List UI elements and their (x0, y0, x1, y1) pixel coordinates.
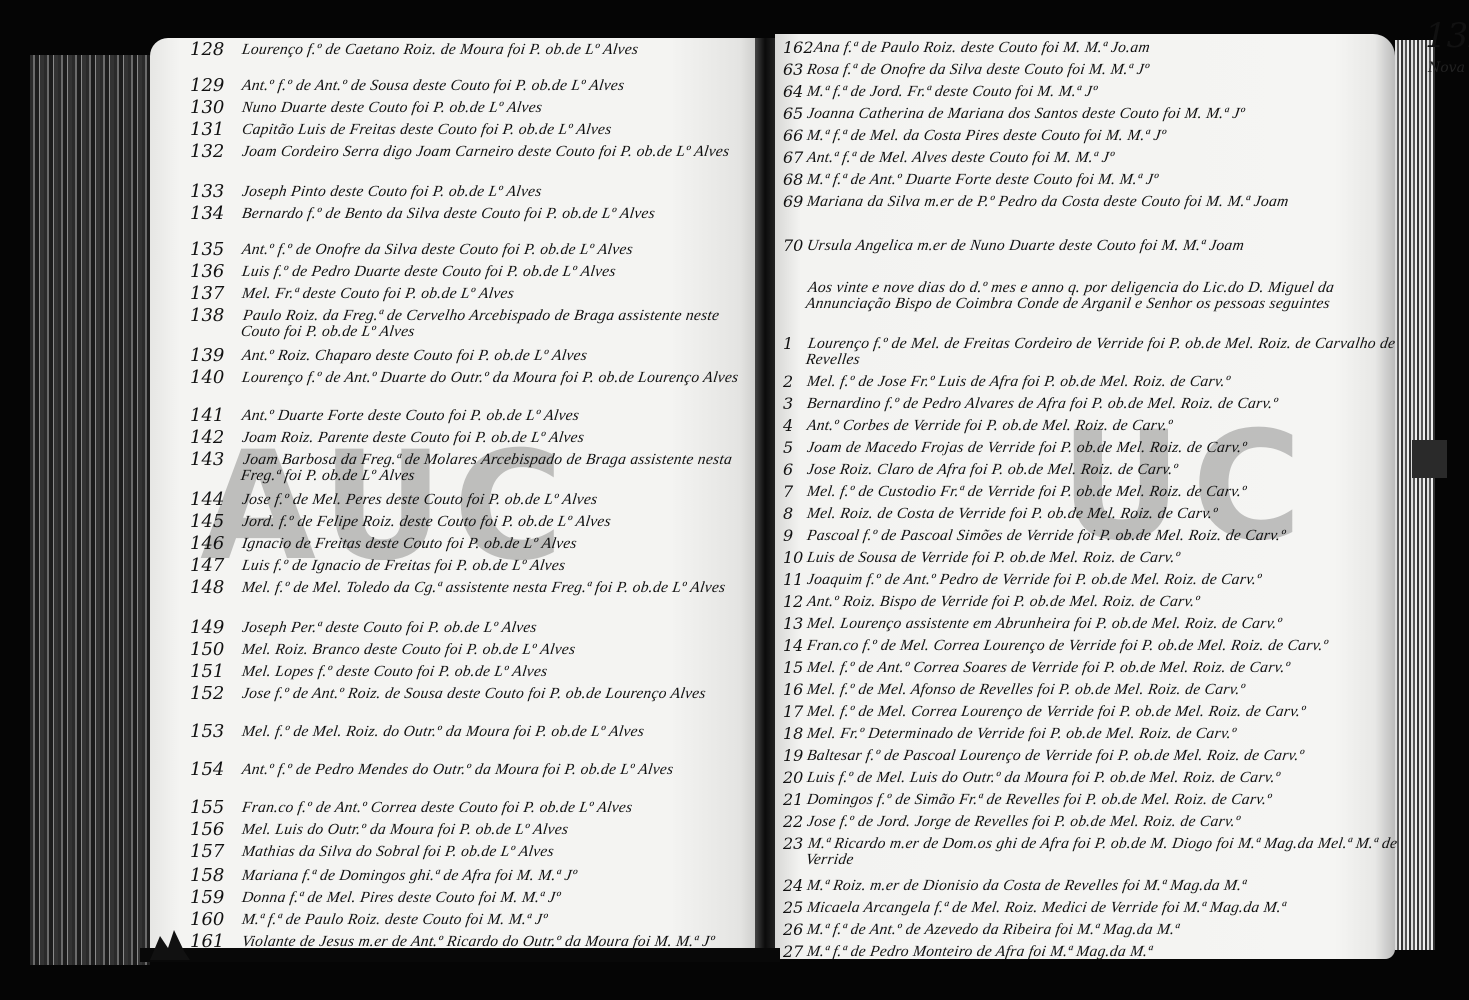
folio-number: 132 (1425, 16, 1469, 56)
entry-number: 11 (783, 572, 807, 588)
register-entry: 148Mel. f.º de Mel. Toledo da Cg.ª assis… (190, 580, 750, 596)
entry-number: 25 (783, 900, 807, 916)
entry-number: 16 (783, 682, 807, 698)
entry-text: Mel. f.º de Custodio Fr.ª de Verride foi… (806, 484, 1404, 500)
entry-text: Baltesar f.º de Pascoal Lourenço de Verr… (806, 748, 1404, 764)
register-entry: 1Lourenço f.º de Mel. de Freitas Cordeir… (783, 336, 1403, 368)
entry-text: Luis de Sousa de Verride foi P. ob.de Me… (806, 550, 1404, 566)
entry-text: Jose f.º de Mel. Peres deste Couto foi P… (241, 492, 751, 508)
register-entry: 25Micaela Arcangela f.ª de Mel. Roiz. Me… (783, 900, 1403, 916)
entry-text: Ant.º f.º de Pedro Mendes do Outr.º da M… (241, 762, 751, 778)
entry-number: 158 (190, 868, 242, 884)
entry-number: 27 (783, 944, 807, 960)
entry-text: Joam Roiz. Parente deste Couto foi P. ob… (241, 430, 751, 446)
entry-text: Joseph Pinto deste Couto foi P. ob.de Lº… (241, 184, 751, 200)
entry-number: 145 (190, 514, 242, 530)
entry-text: M.ª f.ª de Ant.º Duarte Forte deste Cout… (806, 172, 1404, 188)
entry-text: Ant.º Roiz. Chaparo deste Couto foi P. o… (241, 348, 751, 364)
entry-text: Ant.º Corbes de Verride foi P. ob.de Mel… (806, 418, 1404, 434)
entry-number: 26 (783, 922, 807, 938)
entry-text: Capitão Luis de Freitas deste Couto foi … (241, 122, 751, 138)
register-entry: 151Mel. Lopes f.º deste Couto foi P. ob.… (190, 664, 750, 680)
entry-number: 14 (783, 638, 807, 654)
entry-number: 143 (190, 452, 242, 468)
register-entry: 135Ant.º f.º de Onofre da Silva deste Co… (190, 242, 750, 258)
register-entry: 138Paulo Roiz. da Freg.ª de Cervelho Arc… (190, 308, 750, 340)
entry-number: 140 (190, 370, 242, 386)
entry-text: Mel. Luis do Outr.º da Moura foi P. ob.d… (241, 822, 751, 838)
register-entry: 140Lourenço f.º de Ant.º Duarte do Outr.… (190, 370, 750, 386)
register-entry: 12Ant.º Roiz. Bispo de Verride foi P. ob… (783, 594, 1403, 610)
register-entry: 154Ant.º f.º de Pedro Mendes do Outr.º d… (190, 762, 750, 778)
bookmark-tab (1412, 440, 1447, 478)
entry-text: Mel. f.º de Mel. Toledo da Cg.ª assisten… (241, 580, 751, 596)
entry-text: Bernardo f.º de Bento da Silva deste Cou… (241, 206, 751, 222)
register-entry: 7Mel. f.º de Custodio Fr.ª de Verride fo… (783, 484, 1403, 500)
entry-text: Joaquim f.º de Ant.º Pedro de Verride fo… (806, 572, 1404, 588)
folio-note: Nova (1428, 60, 1465, 76)
entry-number: 132 (190, 144, 242, 160)
entry-text: Mel. Fr.º Determinado de Verride foi P. … (806, 726, 1404, 742)
entry-number: 153 (190, 724, 242, 740)
register-entry: 149Joseph Per.ª deste Couto foi P. ob.de… (190, 620, 750, 636)
entry-text: Mathias da Silva do Sobral foi P. ob.de … (241, 844, 751, 860)
entry-text: M.ª f.ª de Pedro Monteiro de Afra foi M.… (806, 944, 1404, 960)
register-entry: 24M.ª Roiz. m.er de Dionisio da Costa de… (783, 878, 1403, 894)
register-entry: 129Ant.º f.º de Ant.º de Sousa deste Cou… (190, 78, 750, 94)
entry-number: 10 (783, 550, 807, 566)
entry-text: Lourenço f.º de Mel. de Freitas Cordeiro… (805, 336, 1405, 368)
entry-text: Donna f.ª de Mel. Pires deste Couto foi … (241, 890, 751, 906)
entry-text: Paulo Roiz. da Freg.ª de Cervelho Arcebi… (240, 308, 752, 340)
entry-text: M.ª Roiz. m.er de Dionisio da Costa de R… (806, 878, 1404, 894)
entry-text: Mel. f.º de Mel. Roiz. do Outr.º da Mour… (241, 724, 751, 740)
entry-number: 64 (783, 84, 807, 100)
entry-text: Bernardino f.º de Pedro Alvares de Afra … (806, 396, 1404, 412)
entry-number: 66 (783, 128, 807, 144)
entry-number: 18 (783, 726, 807, 742)
entry-number: 135 (190, 242, 242, 258)
register-entry: 11Joaquim f.º de Ant.º Pedro de Verride … (783, 572, 1403, 588)
entry-number: 128 (190, 42, 242, 58)
entry-number: 24 (783, 878, 807, 894)
register-entry: 158Mariana f.ª de Domingos ghi.ª de Afra… (190, 868, 750, 884)
entry-number: 8 (783, 506, 807, 522)
entry-text: Luis f.º de Mel. Luis do Outr.º da Moura… (806, 770, 1404, 786)
register-entry: 63Rosa f.ª de Onofre da Silva deste Cout… (783, 62, 1403, 78)
entry-number: 9 (783, 528, 807, 544)
register-entry: 143Joam Barbosa da Freg.ª de Molares Arc… (190, 452, 750, 484)
entry-text: Lourenço f.º de Ant.º Duarte do Outr.º d… (241, 370, 751, 386)
register-entry: 159Donna f.ª de Mel. Pires deste Couto f… (190, 890, 750, 906)
entry-number: 157 (190, 844, 242, 860)
entry-number: 146 (190, 536, 242, 552)
entry-text: Joanna Catherina de Mariana dos Santos d… (806, 106, 1404, 122)
entry-text: Mel. f.º de Ant.º Correa Soares de Verri… (806, 660, 1404, 676)
entry-number: 136 (190, 264, 242, 280)
entry-number: 65 (783, 106, 807, 122)
register-entry: 160M.ª f.ª de Paulo Roiz. deste Couto fo… (190, 912, 750, 928)
page-bottom-shadow (140, 948, 780, 962)
entry-number: 17 (783, 704, 807, 720)
register-entry: 64M.ª f.ª de Jord. Fr.ª deste Couto foi … (783, 84, 1403, 100)
entry-text: Ant.º f.º de Onofre da Silva deste Couto… (241, 242, 751, 258)
entry-number: 149 (190, 620, 242, 636)
entry-number: 6 (783, 462, 807, 478)
entry-number: 147 (190, 558, 242, 574)
register-entry: 145Jord. f.º de Felipe Roiz. deste Couto… (190, 514, 750, 530)
entry-text: Mel. Lopes f.º deste Couto foi P. ob.de … (241, 664, 751, 680)
entry-number: 150 (190, 642, 242, 658)
entry-number: 138 (190, 308, 242, 324)
register-entry: 20Luis f.º de Mel. Luis do Outr.º da Mou… (783, 770, 1403, 786)
register-entry: 146Ignacio de Freitas deste Couto foi P.… (190, 536, 750, 552)
entry-number: 63 (783, 62, 807, 78)
entry-number: 15 (783, 660, 807, 676)
register-entry: 5Joam de Macedo Frojas de Verride foi P.… (783, 440, 1403, 456)
entry-text: Joseph Per.ª deste Couto foi P. ob.de Lº… (241, 620, 751, 636)
entry-number: 162 (783, 40, 814, 56)
entry-number: 155 (190, 800, 242, 816)
entry-number: 131 (190, 122, 242, 138)
register-entry: 15Mel. f.º de Ant.º Correa Soares de Ver… (783, 660, 1403, 676)
entry-text: Aos vinte e nove dias do d.º mes e anno … (805, 280, 1405, 312)
entry-text: Mel. f.º de Mel. Correa Lourenço de Verr… (806, 704, 1404, 720)
entry-number: 133 (190, 184, 242, 200)
entry-number: 7 (783, 484, 807, 500)
register-entry: 141Ant.º Duarte Forte deste Couto foi P.… (190, 408, 750, 424)
register-entry: 144Jose f.º de Mel. Peres deste Couto fo… (190, 492, 750, 508)
entry-number: 156 (190, 822, 242, 838)
entry-text: Ignacio de Freitas deste Couto foi P. ob… (241, 536, 751, 552)
register-entry: 156Mel. Luis do Outr.º da Moura foi P. o… (190, 822, 750, 838)
entry-text: Jord. f.º de Felipe Roiz. deste Couto fo… (241, 514, 751, 530)
register-entry: 128Lourenço f.º de Caetano Roiz. de Mour… (190, 42, 750, 58)
book-page-edges-left (30, 55, 150, 965)
entry-text: Jose f.º de Jord. Jorge de Revelles foi … (806, 814, 1404, 830)
entry-text: Mariana f.ª de Domingos ghi.ª de Afra fo… (241, 868, 751, 884)
register-entry: 150Mel. Roiz. Branco deste Couto foi P. … (190, 642, 750, 658)
entry-number: 22 (783, 814, 807, 830)
register-entry: 131Capitão Luis de Freitas deste Couto f… (190, 122, 750, 138)
entry-number: 3 (783, 396, 807, 412)
entry-text: Domingos f.º de Simão Fr.ª de Revelles f… (806, 792, 1404, 808)
register-entry: 13Mel. Lourenço assistente em Abrunheira… (783, 616, 1403, 632)
entry-text: Mel. f.º de Jose Fr.º Luis de Afra foi P… (806, 374, 1404, 390)
entry-text: Ant.º Roiz. Bispo de Verride foi P. ob.d… (806, 594, 1404, 610)
register-entry: 68M.ª f.ª de Ant.º Duarte Forte deste Co… (783, 172, 1403, 188)
entry-number: 68 (783, 172, 807, 188)
register-entry: 162Ana f.ª de Paulo Roiz. deste Couto fo… (783, 40, 1403, 56)
register-entry: 147Luis f.º de Ignacio de Freitas foi P.… (190, 558, 750, 574)
entry-number: 23 (783, 836, 807, 852)
entry-text: Mel. Lourenço assistente em Abrunheira f… (806, 616, 1404, 632)
entry-number: 2 (783, 374, 807, 390)
register-entry: 21Domingos f.º de Simão Fr.ª de Revelles… (783, 792, 1403, 808)
register-entry: 137Mel. Fr.ª deste Couto foi P. ob.de Lº… (190, 286, 750, 302)
entry-number: 141 (190, 408, 242, 424)
entry-number: 134 (190, 206, 242, 222)
register-entry: 17Mel. f.º de Mel. Correa Lourenço de Ve… (783, 704, 1403, 720)
register-entry: 153Mel. f.º de Mel. Roiz. do Outr.º da M… (190, 724, 750, 740)
entry-number: 12 (783, 594, 807, 610)
entry-text: Micaela Arcangela f.ª de Mel. Roiz. Medi… (806, 900, 1404, 916)
entry-number: 1 (783, 336, 807, 352)
register-entry: 23M.ª Ricardo m.er de Dom.os ghi de Afra… (783, 836, 1403, 868)
register-entry: 70Ursula Angelica m.er de Nuno Duarte de… (783, 238, 1403, 254)
entry-number: 160 (190, 912, 242, 928)
register-entry: 22Jose f.º de Jord. Jorge de Revelles fo… (783, 814, 1403, 830)
entry-text: Joam de Macedo Frojas de Verride foi P. … (806, 440, 1404, 456)
entry-text: Mariana da Silva m.er de P.º Pedro da Co… (806, 194, 1404, 210)
entry-number: 19 (783, 748, 807, 764)
entry-text: M.ª Ricardo m.er de Dom.os ghi de Afra f… (805, 836, 1405, 868)
entry-text: Rosa f.ª de Onofre da Silva deste Couto … (806, 62, 1404, 78)
entry-number: 159 (190, 890, 242, 906)
entry-text: Mel. Fr.ª deste Couto foi P. ob.de Lº Al… (241, 286, 751, 302)
register-entry: 130Nuno Duarte deste Couto foi P. ob.de … (190, 100, 750, 116)
register-entry: 136Luis f.º de Pedro Duarte deste Couto … (190, 264, 750, 280)
register-entry: Aos vinte e nove dias do d.º mes e anno … (783, 280, 1403, 312)
register-entry: 67Ant.ª f.ª de Mel. Alves deste Couto fo… (783, 150, 1403, 166)
entry-text: M.ª f.ª de Mel. da Costa Pires deste Cou… (806, 128, 1404, 144)
register-entry: 142Joam Roiz. Parente deste Couto foi P.… (190, 430, 750, 446)
entry-number: 144 (190, 492, 242, 508)
entry-text: M.ª f.ª de Jord. Fr.ª deste Couto foi M.… (806, 84, 1404, 100)
register-entry: 69Mariana da Silva m.er de P.º Pedro da … (783, 194, 1403, 210)
register-entry: 8Mel. Roiz. de Costa de Verride foi P. o… (783, 506, 1403, 522)
entry-number: 151 (190, 664, 242, 680)
entry-text: Mel. Roiz. de Costa de Verride foi P. ob… (806, 506, 1404, 522)
entry-text: Ant.º Duarte Forte deste Couto foi P. ob… (241, 408, 751, 424)
entry-text: M.ª f.ª de Ant.º de Azevedo da Ribeira f… (806, 922, 1404, 938)
entry-text: Lourenço f.º de Caetano Roiz. de Moura f… (241, 42, 751, 58)
entry-text: Pascoal f.º de Pascoal Simões de Verride… (806, 528, 1404, 544)
register-entry: 27M.ª f.ª de Pedro Monteiro de Afra foi … (783, 944, 1403, 960)
register-entry: 26M.ª f.ª de Ant.º de Azevedo da Ribeira… (783, 922, 1403, 938)
entry-text: Mel. Roiz. Branco deste Couto foi P. ob.… (241, 642, 751, 658)
register-entry: 3Bernardino f.º de Pedro Alvares de Afra… (783, 396, 1403, 412)
register-entry: 16Mel. f.º de Mel. Afonso de Revelles fo… (783, 682, 1403, 698)
register-entry: 19Baltesar f.º de Pascoal Lourenço de Ve… (783, 748, 1403, 764)
entry-number: 67 (783, 150, 807, 166)
entry-text: Fran.co f.º de Mel. Correa Lourenço de V… (806, 638, 1404, 654)
entry-number: 69 (783, 194, 807, 210)
entry-text: Jose Roiz. Claro de Afra foi P. ob.de Me… (806, 462, 1404, 478)
entry-number: 148 (190, 580, 242, 596)
entry-text: Joam Barbosa da Freg.ª de Molares Arcebi… (240, 452, 752, 484)
entry-number: 137 (190, 286, 242, 302)
entry-number: 70 (783, 238, 807, 254)
register-entry: 4Ant.º Corbes de Verride foi P. ob.de Me… (783, 418, 1403, 434)
entry-text: Ana f.ª de Paulo Roiz. deste Couto foi M… (812, 40, 1404, 56)
entry-text: Ursula Angelica m.er de Nuno Duarte dest… (806, 238, 1404, 254)
entry-text: Luis f.º de Ignacio de Freitas foi P. ob… (241, 558, 751, 574)
register-entry: 132Joam Cordeiro Serra digo Joam Carneir… (190, 144, 750, 160)
entry-number: 5 (783, 440, 807, 456)
entry-number: 154 (190, 762, 242, 778)
entry-number: 130 (190, 100, 242, 116)
register-entry: 14Fran.co f.º de Mel. Correa Lourenço de… (783, 638, 1403, 654)
register-entry: 152Jose f.º de Ant.º Roiz. de Sousa dest… (190, 686, 750, 702)
entry-number: 129 (190, 78, 242, 94)
entry-text: Joam Cordeiro Serra digo Joam Carneiro d… (241, 144, 751, 160)
entry-text: Jose f.º de Ant.º Roiz. de Sousa deste C… (241, 686, 751, 702)
entry-text: Ant.º f.º de Ant.º de Sousa deste Couto … (241, 78, 751, 94)
register-entry: 133Joseph Pinto deste Couto foi P. ob.de… (190, 184, 750, 200)
entry-text: M.ª f.ª de Paulo Roiz. deste Couto foi M… (241, 912, 751, 928)
entry-number: 13 (783, 616, 807, 632)
entry-text: Ant.ª f.ª de Mel. Alves deste Couto foi … (806, 150, 1404, 166)
entry-text: Mel. f.º de Mel. Afonso de Revelles foi … (806, 682, 1404, 698)
entry-text: Fran.co f.º de Ant.º Correa deste Couto … (241, 800, 751, 816)
entry-number: 21 (783, 792, 807, 808)
entry-number: 20 (783, 770, 807, 786)
register-entry: 10Luis de Sousa de Verride foi P. ob.de … (783, 550, 1403, 566)
entry-number: 142 (190, 430, 242, 446)
register-entry: 65Joanna Catherina de Mariana dos Santos… (783, 106, 1403, 122)
entry-text: Nuno Duarte deste Couto foi P. ob.de Lº … (241, 100, 751, 116)
book-gutter (755, 38, 775, 960)
register-entry: 155Fran.co f.º de Ant.º Correa deste Cou… (190, 800, 750, 816)
entry-number: 152 (190, 686, 242, 702)
register-entry: 2Mel. f.º de Jose Fr.º Luis de Afra foi … (783, 374, 1403, 390)
register-entry: 134Bernardo f.º de Bento da Silva deste … (190, 206, 750, 222)
register-entry: 139Ant.º Roiz. Chaparo deste Couto foi P… (190, 348, 750, 364)
register-entry: 66M.ª f.ª de Mel. da Costa Pires deste C… (783, 128, 1403, 144)
entry-number: 4 (783, 418, 807, 434)
register-entry: 6Jose Roiz. Claro de Afra foi P. ob.de M… (783, 462, 1403, 478)
register-entry: 9Pascoal f.º de Pascoal Simões de Verrid… (783, 528, 1403, 544)
entry-text: Luis f.º de Pedro Duarte deste Couto foi… (241, 264, 751, 280)
register-entry: 18Mel. Fr.º Determinado de Verride foi P… (783, 726, 1403, 742)
entry-number: 139 (190, 348, 242, 364)
register-entry: 157Mathias da Silva do Sobral foi P. ob.… (190, 844, 750, 860)
